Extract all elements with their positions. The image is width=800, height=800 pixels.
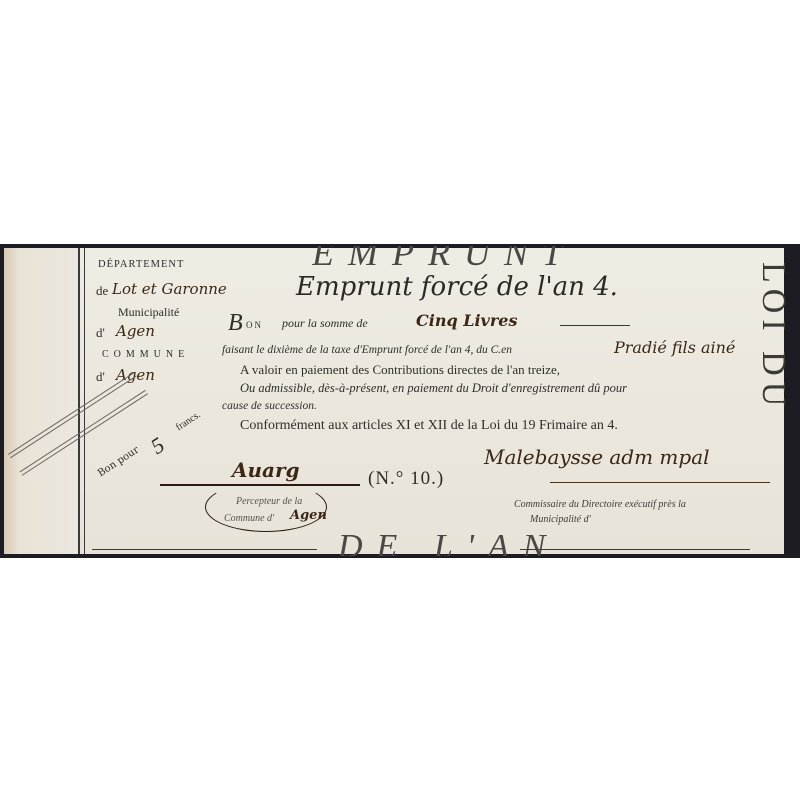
commissioner-caption-1: Commissaire du Directoire exécutif près … xyxy=(514,499,686,510)
bon-rest: ON xyxy=(246,320,263,330)
bottom-rule-right xyxy=(520,549,750,550)
body-line2-text: faisant le dixième de la taxe d'Emprunt … xyxy=(222,344,512,356)
signature-flourish-loop xyxy=(205,482,327,532)
amount-handwritten: Cinq Livres xyxy=(416,311,517,330)
amount-flourish xyxy=(560,325,630,326)
body-line5: cause de succession. xyxy=(222,400,317,412)
body-line4: Ou admissible, dès-à-présent, en paiemen… xyxy=(240,381,627,396)
document-title: Emprunt forcé de l'an 4. xyxy=(296,272,618,302)
stub-rule-inner xyxy=(84,248,85,554)
perceptor-caption-2: Commune d' xyxy=(224,513,274,524)
departement-prefix: de xyxy=(96,283,108,299)
bon-initial: B xyxy=(228,310,243,337)
perceptor-commune-value: Agen xyxy=(290,508,327,523)
departement-value: Lot et Garonne xyxy=(112,280,227,298)
perceptor-caption-1: Percepteur de la xyxy=(236,496,302,507)
bond-number: (N.° 10.) xyxy=(368,468,444,490)
municipalite-value: Agen xyxy=(116,322,155,340)
commissioner-caption-2: Municipalité d' xyxy=(530,514,591,525)
body-line1-text: pour la somme de xyxy=(282,316,368,331)
ghost-text-top: EMPRUNT xyxy=(312,232,576,274)
commissioner-signature: Malebaysse adm mpal xyxy=(484,445,710,469)
ghost-text-right: LOI DU xyxy=(764,262,792,552)
signature-underline-right xyxy=(550,482,770,483)
commune-prefix: d' xyxy=(96,369,105,385)
stub-rule-outer xyxy=(78,248,80,554)
municipalite-label: Municipalité xyxy=(118,305,179,320)
bottom-rule-left xyxy=(92,549,317,550)
municipalite-prefix: d' xyxy=(96,325,105,341)
citizen-name-handwritten: Pradié fils ainé xyxy=(614,338,735,357)
perceptor-signature: Auarg xyxy=(232,458,300,482)
commune-label: COMMUNE xyxy=(102,349,189,360)
perforated-stub xyxy=(4,248,80,554)
ghost-text-bottom: DE L'AN xyxy=(338,528,559,566)
body-line3: A valoir en paiement des Contributions d… xyxy=(240,362,560,378)
body-line6: Conformément aux articles XI et XII de l… xyxy=(240,418,618,434)
departement-label: DÉPARTEMENT xyxy=(98,259,184,270)
